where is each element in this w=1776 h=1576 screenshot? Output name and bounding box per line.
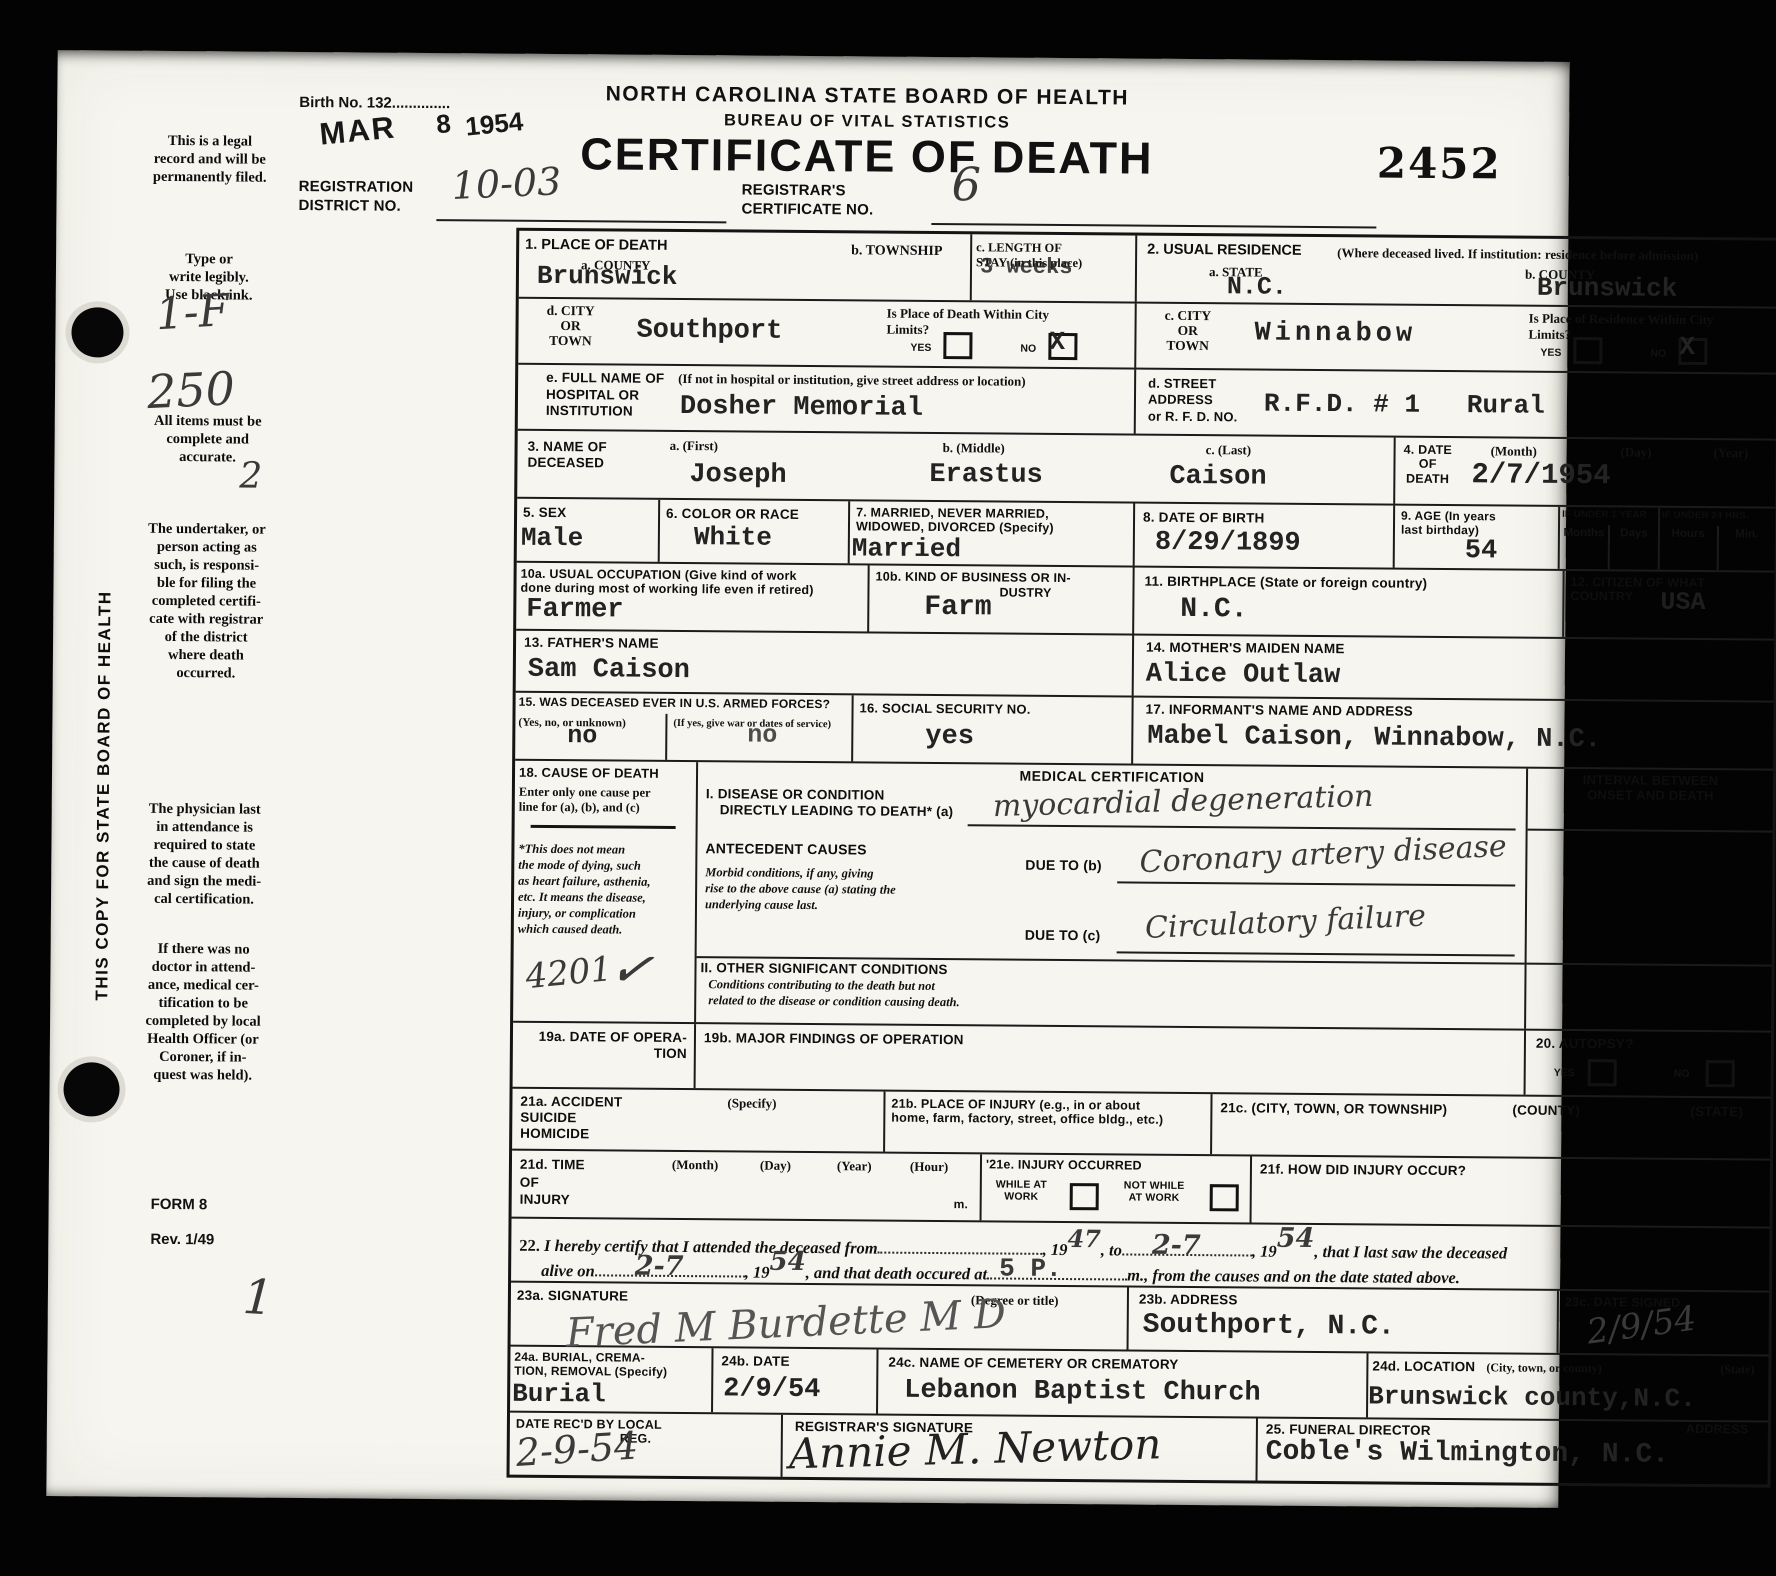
field-22-certification: 22. I hereby certify that I attended the…	[511, 1219, 1769, 1291]
injury-state-label: (STATE)	[1690, 1104, 1743, 1120]
street-address-value: R.F.D. # 1 Rural	[1264, 389, 1545, 421]
hospital-label-1: e. FULL NAME OF	[546, 370, 664, 386]
date-of-operation-label: 19a. DATE OF OPERA- TION	[517, 1029, 687, 1061]
dod-day-label: (Day)	[1621, 444, 1652, 460]
how-injury-label: 21f. HOW DID INJURY OCCUR?	[1260, 1162, 1466, 1179]
color-race-label: 6. COLOR OR RACE	[666, 506, 799, 523]
citizen-value: USA	[1660, 588, 1705, 617]
certify-number: 22.	[519, 1236, 540, 1255]
row-name-dateofdeath: 3. NAME OF DECEASED a. (First) Joseph b.…	[517, 431, 1775, 509]
cause-code-value: 4201	[524, 949, 614, 997]
informant-label: 17. INFORMANT'S NAME AND ADDRESS	[1145, 702, 1413, 720]
autopsy-yes-checkbox	[1588, 1059, 1617, 1086]
hospital-label-3: INSTITUTION	[546, 403, 633, 419]
row-23-signature: 23a. SIGNATURE (Degree or title) Fred M …	[511, 1283, 1769, 1357]
other-conditions-note: Conditions contributing to the death but…	[708, 976, 960, 1010]
cause-c-value: Circulatory failure	[1144, 899, 1426, 946]
field-6-color-race: 6. COLOR OR RACE White	[660, 500, 850, 563]
armed-forces-value-2: no	[747, 721, 777, 750]
margin-annotation-2: 2	[239, 456, 262, 497]
physician-address-value: Southport, N.C.	[1143, 1310, 1395, 1343]
death-limits-no-x: X	[1049, 327, 1065, 357]
ssn-value: yes	[925, 722, 974, 752]
margin-annotation-1: 1	[241, 1269, 275, 1327]
field-date-received: DATE REC'D BY LOCAL REG. 2-9-54	[510, 1413, 783, 1477]
age-label: 9. AGE (In years last birthday)	[1401, 510, 1496, 538]
form-revision: Rev. 1/49	[150, 1231, 214, 1249]
sex-value: Male	[521, 523, 584, 553]
field-24a-burial: 24a. BURIAL, CREMA- TION, REMOVAL (Speci…	[510, 1347, 713, 1413]
field-1e-hospital: e. FULL NAME OF (If not in hospital or i…	[518, 365, 1136, 434]
accident-specify-label: (Specify)	[727, 1095, 776, 1111]
min-label: Min.	[1718, 526, 1775, 570]
field-1d-city-or-town: d. CITY OR TOWN Southport Is Place of De…	[518, 299, 1136, 368]
margin-note-doctor: If there was no doctor in attend- ance, …	[128, 941, 279, 1086]
state-value: N.C.	[1227, 272, 1287, 301]
dod-month-label: (Month)	[1491, 443, 1537, 459]
field-24d-location: 24d. LOCATION (City, town, or county) (S…	[1368, 1353, 1768, 1420]
injury-city-label: 21c. (CITY, TOWN, OR TOWNSHIP)	[1220, 1100, 1447, 1117]
birthplace-value: N.C.	[1180, 594, 1247, 626]
field-16-ssn: 16. SOCIAL SECURITY NO. yes	[853, 695, 1134, 763]
cause-star-note: *This does not mean the mode of dying, s…	[518, 841, 651, 938]
field-21e-injury-occurred: '21e. INJURY OCCURRED WHILE AT WORK NOT …	[982, 1154, 1253, 1222]
field-19a-date-of-operation: 19a. DATE OF OPERA- TION	[513, 1023, 696, 1088]
row-22-certify: 22. I hereby certify that I attended the…	[511, 1219, 1769, 1293]
row-father-mother: 13. FATHER'S NAME Sam Caison 14. MOTHER'…	[516, 631, 1774, 703]
certify-to-year-value: 54	[1277, 1223, 1315, 1254]
age-value: 54	[1465, 536, 1498, 566]
cause-b-line	[1117, 881, 1515, 886]
row-sex-race-married-dob-age: 5. SEX Male 6. COLOR OR RACE White 7. MA…	[517, 499, 1775, 573]
last-name-label: c. (Last)	[1206, 442, 1252, 458]
due-to-c-label: DUE TO (c)	[1025, 927, 1101, 944]
residence-limits-no-x: X	[1679, 332, 1695, 362]
usual-residence-label: 2. USUAL RESIDENCE	[1147, 242, 1302, 259]
field-24c-cemetery: 24c. NAME OF CEMETERY OR CREMATORY Leban…	[878, 1350, 1368, 1418]
business-label-1: 10b. KIND OF BUSINESS OR IN-	[876, 570, 1071, 586]
field-10a-occupation: 10a. USUAL OCCUPATION (Give kind of work…	[516, 563, 870, 632]
usual-residence-paren: (Where deceased lived. If institution: r…	[1337, 245, 1698, 264]
autopsy-label: 20. AUTOPSY?	[1536, 1036, 1634, 1052]
field-2d-street-address: d. STREET ADDRESS or R. F. D. NO. R.F.D.…	[1136, 370, 1776, 439]
burial-value: Burial	[512, 1379, 606, 1410]
punch-hole-top	[71, 307, 123, 357]
margin-note-legal: This is a legal record and will be perma…	[135, 133, 285, 188]
row-medical-certification: 18. CAUSE OF DEATH Enter only one cause …	[513, 761, 1773, 1033]
hospital-label-2: HOSPITAL OR	[546, 387, 639, 403]
first-name-value: Joseph	[689, 460, 786, 491]
injury-month-label: (Month)	[672, 1157, 718, 1173]
while-at-work-checkbox	[1070, 1183, 1099, 1210]
certify-to-value: 2-7	[1152, 1230, 1201, 1261]
place-of-death-label: 1. PLACE OF DEATH	[525, 237, 667, 254]
field-10b-business: 10b. KIND OF BUSINESS OR IN- DUSTRY Farm	[869, 565, 1135, 633]
row-21-def: 21d. TIME OF INJURY (Month) (Day) (Year)…	[512, 1151, 1770, 1229]
autopsy-no-label: NO	[1674, 1068, 1690, 1080]
field-17-informant: 17. INFORMANT'S NAME AND ADDRESS Mabel C…	[1133, 698, 1773, 769]
field-2-usual-residence: 2. USUAL RESIDENCE (Where deceased lived…	[1137, 236, 1776, 307]
death-limits-yes-checkbox	[943, 332, 972, 359]
field-2c-city-or-town: c. CITY OR TOWN Winnabow Is Place of Res…	[1136, 304, 1776, 373]
injury-day-label: (Day)	[760, 1158, 791, 1174]
field-9-age: 9. AGE (In years last birthday) 54	[1395, 506, 1560, 569]
name-label: 3. NAME OF DECEASED	[527, 439, 607, 471]
row-operation-autopsy: 19a. DATE OF OPERA- TION 19b. MAJOR FIND…	[513, 1023, 1771, 1099]
field-13-father: 13. FATHER'S NAME Sam Caison	[516, 631, 1134, 696]
location-state-label: (State)	[1720, 1362, 1754, 1377]
margin-vertical-text: THIS COPY FOR STATE BOARD OF HEALTH	[92, 515, 116, 1075]
hospital-paren: (If not in hospital or institution, give…	[678, 371, 1026, 390]
burial-date-label: 24b. DATE	[721, 1353, 789, 1369]
field-8-date-of-birth: 8. DATE OF BIRTH 8/29/1899	[1135, 504, 1395, 568]
dob-label: 8. DATE OF BIRTH	[1143, 510, 1265, 526]
certify-text-6: alive on	[541, 1261, 595, 1280]
row-city-town: d. CITY OR TOWN Southport Is Place of De…	[518, 299, 1776, 375]
registrar-certificate-line	[931, 223, 1376, 228]
date-of-death-value: 2/7/1954	[1471, 458, 1610, 492]
cemetery-value: Lebanon Baptist Church	[904, 1376, 1261, 1409]
marital-label: 7. MARRIED, NEVER MARRIED, WIDOWED, DIVO…	[856, 505, 1054, 535]
marital-value: Married	[852, 533, 961, 564]
cause-code-checkmark-icon: ✓	[605, 937, 657, 1003]
certificate-table: 1. PLACE OF DEATH a. COUNTY Brunswick b.…	[507, 228, 1776, 1488]
cause-b-value: Coronary artery disease	[1139, 829, 1507, 880]
death-limits-yes-label: YES	[910, 342, 931, 354]
margin-note-undertaker: The undertaker, or person acting as such…	[131, 521, 282, 684]
certify-text-8: , and that death occured at	[806, 1263, 988, 1283]
field-24b-burial-date: 24b. DATE 2/9/54	[713, 1348, 878, 1413]
field-25-funeral-director: 25. FUNERAL DIRECTOR ADDRESS Coble's Wil…	[1258, 1419, 1768, 1485]
field-21f-how-injury: 21f. HOW DID INJURY OCCUR?	[1252, 1156, 1771, 1226]
first-name-label: a. (First)	[670, 438, 718, 454]
field-21a-accident: 21a. ACCIDENT SUICIDE HOMICIDE (Specify)	[512, 1089, 885, 1152]
field-15-armed-forces: 15. WAS DECEASED EVER IN U.S. ARMED FORC…	[515, 693, 854, 762]
autopsy-no-checkbox	[1706, 1060, 1735, 1087]
residence-limits-no-label: NO	[1650, 348, 1666, 360]
not-while-at-work-checkbox	[1210, 1184, 1239, 1211]
street-address-label: d. STREET ADDRESS or R. F. D. NO.	[1148, 376, 1238, 425]
ssn-label: 16. SOCIAL SECURITY NO.	[859, 701, 1030, 717]
occupation-value: Farmer	[526, 595, 623, 626]
birthplace-label: 11. BIRTHPLACE (State or foreign country…	[1145, 574, 1428, 592]
row-24-burial: 24a. BURIAL, CREMA- TION, REMOVAL (Speci…	[510, 1347, 1768, 1423]
row-25-registrar: DATE REC'D BY LOCAL REG. 2-9-54 REGISTRA…	[510, 1413, 1768, 1485]
certify-blank-time: 5 P.	[987, 1277, 1127, 1280]
field-9-under-1-year: IF UNDER 1 YEAR Months Days	[1560, 507, 1660, 570]
accident-label: 21a. ACCIDENT SUICIDE HOMICIDE	[520, 1094, 622, 1143]
cause-of-death-label: 18. CAUSE OF DEATH	[519, 766, 659, 782]
field-3-name-of-deceased: 3. NAME OF DECEASED a. (First) Joseph b.…	[517, 431, 1395, 504]
months-label: Months	[1560, 525, 1608, 569]
injury-county-label: (COUNTY)	[1512, 1103, 1580, 1119]
medical-certification-title: MEDICAL CERTIFICATION	[698, 765, 1526, 788]
registrar-certificate-label: REGISTRAR'S CERTIFICATE NO.	[741, 181, 873, 220]
cause-note: Enter only one cause per line for (a), (…	[519, 785, 651, 816]
antecedent-label: ANTECEDENT CAUSES	[705, 840, 866, 857]
field-7-marital-status: 7. MARRIED, NEVER MARRIED, WIDOWED, DIVO…	[850, 501, 1135, 565]
armed-forces-label: 15. WAS DECEASED EVER IN U.S. ARMED FORC…	[519, 696, 831, 712]
field-23a-signature: 23a. SIGNATURE (Degree or title) Fred M …	[511, 1283, 1129, 1350]
middle-name-label: b. (Middle)	[943, 440, 1005, 456]
field-18-cause-of-death: 18. CAUSE OF DEATH Enter only one cause …	[513, 761, 698, 1022]
autopsy-yes-label: YES	[1554, 1067, 1575, 1079]
middle-name-value: Erastus	[929, 460, 1043, 491]
field-21d-time-of-injury: 21d. TIME OF INJURY (Month) (Day) (Year)…	[512, 1151, 983, 1221]
field-20-autopsy: 20. AUTOPSY? YES NO	[1526, 1031, 1771, 1097]
morbid-note: Morbid conditions, if any, giving rise t…	[705, 864, 896, 913]
death-limits-no-label: NO	[1020, 343, 1036, 355]
row-forces-ssn-informant: 15. WAS DECEASED EVER IN U.S. ARMED FORC…	[515, 693, 1773, 771]
registrar-signature-value: Annie M. Newton	[788, 1419, 1162, 1478]
certify-from-year-value: 47	[1067, 1224, 1101, 1253]
certify-text-9: m., from the causes and on the date stat…	[1127, 1266, 1460, 1288]
funeral-director-address-label: ADDRESS	[1686, 1422, 1749, 1437]
residence-city-value: Winnabow	[1254, 318, 1416, 349]
certificate-paper: THIS COPY FOR STATE BOARD OF HEALTH This…	[46, 50, 1569, 1508]
row-place-residence-top: 1. PLACE OF DEATH a. COUNTY Brunswick b.…	[519, 231, 1776, 309]
row-hospital-street: e. FULL NAME OF (If not in hospital or i…	[518, 365, 1776, 441]
field-21b-place-of-injury: 21b. PLACE OF INJURY (e.g., in or about …	[885, 1092, 1212, 1155]
dob-value: 8/29/1899	[1155, 528, 1301, 559]
armed-forces-value-1: no	[567, 721, 597, 750]
father-label: 13. FATHER'S NAME	[524, 635, 659, 652]
medical-certification-cell: MEDICAL CERTIFICATION I. DISEASE OR COND…	[696, 762, 1528, 1029]
major-findings-label: 19b. MAJOR FINDINGS OF OPERATION	[704, 1030, 964, 1048]
physician-address-label: 23b. ADDRESS	[1139, 1292, 1238, 1308]
certify-alive-value: 2-7	[635, 1251, 684, 1282]
field-11-birthplace: 11. BIRTHPLACE (State or foreign country…	[1134, 568, 1565, 637]
field-registrar-signature: REGISTRAR'S SIGNATURE Annie M. Newton	[783, 1415, 1258, 1481]
injury-occurred-label: '21e. INJURY OCCURRED	[986, 1157, 1142, 1173]
color-race-value: White	[694, 522, 772, 553]
interval-line-2	[1527, 963, 1772, 967]
margin-annotation-250: 250	[146, 361, 236, 419]
certify-blank-to: 2-7	[1122, 1253, 1252, 1256]
cemetery-label: 24c. NAME OF CEMETERY OR CREMATORY	[888, 1355, 1178, 1373]
under-24-hrs-label: IF UNDER 24 HRS.	[1662, 511, 1749, 523]
field-4-date-of-death: 4. DATE OF DEATH (Month) (Day) (Year) 2/…	[1395, 438, 1776, 507]
father-value: Sam Caison	[528, 655, 690, 686]
field-23c-date-signed: 23c. DATE SIGNED 2/9/54	[1559, 1291, 1769, 1355]
residence-limits-yes-checkbox	[1573, 337, 1602, 364]
location-value: Brunswick county,N.C.	[1368, 1381, 1696, 1414]
certificate-number: 2452	[1377, 138, 1502, 188]
location-label: 24d. LOCATION	[1372, 1358, 1475, 1374]
while-at-work-label: WHILE AT WORK	[996, 1178, 1047, 1203]
other-conditions-label: II. OTHER SIGNIFICANT CONDITIONS	[700, 960, 947, 977]
residence-city-label: c. CITY OR TOWN	[1164, 309, 1211, 354]
mother-value: Alice Outlaw	[1146, 660, 1341, 692]
margin-note-physician: The physician last in attendance is requ…	[129, 801, 280, 910]
cause-a-value: myocardial degeneration	[992, 779, 1373, 824]
interval-label: INTERVAL BETWEEN ONSET AND DEATH	[1528, 773, 1773, 805]
residence-county-value: Brunswick	[1537, 273, 1678, 304]
not-while-at-work-label: NOT WHILE AT WORK	[1124, 1179, 1185, 1204]
informant-value: Mabel Caison, Winnabow, N.C.	[1147, 722, 1601, 756]
interval-column: INTERVAL BETWEEN ONSET AND DEATH	[1526, 769, 1773, 1031]
field-14-mother: 14. MOTHER'S MAIDEN NAME Alice Outlaw	[1134, 636, 1774, 701]
burial-date-value: 2/9/54	[723, 1374, 820, 1405]
cause-a-line	[968, 824, 1516, 830]
field-5-sex: 5. SEX Male	[517, 499, 660, 562]
field-19b-major-findings: 19b. MAJOR FINDINGS OF OPERATION	[696, 1024, 1526, 1095]
date-of-death-label: 4. DATE OF DEATH	[1403, 443, 1452, 487]
field-1-place-of-death: 1. PLACE OF DEATH a. COUNTY Brunswick b.…	[519, 231, 973, 301]
time-of-injury-label: 21d. TIME OF INJURY	[520, 1156, 585, 1209]
certify-time-value: 5 P.	[999, 1254, 1062, 1284]
field-9-under-24-hrs: IF UNDER 24 HRS. Hours Min.	[1660, 508, 1775, 571]
date-received-value: 2-9-54	[514, 1423, 639, 1474]
sex-label: 5. SEX	[523, 505, 566, 521]
injury-hour-label: (Hour)	[910, 1159, 948, 1175]
certify-blank-alive: 2-7	[595, 1274, 745, 1277]
business-label-2: DUSTRY	[999, 585, 1051, 600]
row-21-abc: 21a. ACCIDENT SUICIDE HOMICIDE (Specify)…	[512, 1089, 1770, 1161]
certificate-form: Birth No. 132.............. MAR 8 1954 N…	[276, 52, 1549, 1508]
funeral-director-value: Coble's Wilmington, N.C.	[1266, 1437, 1669, 1471]
certify-text-7: , 19	[745, 1263, 770, 1282]
registrar-certificate-value: 6	[951, 157, 981, 211]
registration-district-label: REGISTRATION DISTRICT NO.	[298, 178, 413, 216]
last-name-value: Caison	[1169, 462, 1266, 493]
occupation-label: 10a. USUAL OCCUPATION (Give kind of work…	[520, 567, 813, 598]
signature-label: 23a. SIGNATURE	[517, 1288, 628, 1304]
form-number: FORM 8	[151, 1196, 208, 1213]
field-1c-length-of-stay: c. LENGTH OF STAY (in this place) 3 week…	[972, 234, 1138, 301]
cause-note-divider	[531, 825, 676, 829]
row-occupation-birthplace: 10a. USUAL OCCUPATION (Give kind of work…	[516, 563, 1774, 641]
margin-annotation-1f: 1-F	[154, 285, 230, 340]
injury-year-label: (Year)	[837, 1158, 872, 1174]
county-value: Brunswick	[537, 261, 678, 292]
city-label: d. CITY OR TOWN	[546, 304, 594, 349]
physician-signature: Fred M Burdette M D	[565, 1291, 1007, 1357]
injury-m-label: m.	[954, 1198, 969, 1212]
scanned-death-certificate: THIS COPY FOR STATE BOARD OF HEALTH This…	[0, 0, 1776, 1576]
field-12-citizen: 12. CITIZEN OF WHAT COUNTRY USA	[1564, 571, 1775, 639]
certify-alive-year-value: 54	[769, 1247, 805, 1277]
cause-c-line	[1117, 951, 1515, 956]
business-value: Farm	[924, 592, 991, 624]
hours-label: Hours	[1660, 526, 1717, 570]
dod-year-label: (Year)	[1714, 445, 1749, 461]
days-label: Days	[1610, 525, 1658, 569]
hospital-value: Dosher Memorial	[680, 392, 923, 424]
mother-label: 14. MOTHER'S MAIDEN NAME	[1146, 640, 1345, 657]
field-21c-city-county-state: 21c. (CITY, TOWN, OR TOWNSHIP) (COUNTY) …	[1212, 1094, 1770, 1158]
residence-limits-yes-label: YES	[1540, 347, 1561, 359]
registration-district-line	[436, 219, 726, 223]
due-to-b-label: DUE TO (b)	[1025, 857, 1102, 874]
registration-district-value: 10-03	[451, 159, 562, 208]
city-value: Southport	[636, 316, 782, 347]
armed-forces-divider	[665, 714, 667, 760]
township-label: b. TOWNSHIP	[851, 243, 942, 260]
place-of-injury-label: 21b. PLACE OF INJURY (e.g., in or about …	[891, 1097, 1163, 1128]
under-1-year-label: IF UNDER 1 YEAR	[1562, 510, 1647, 522]
disease-condition-label-1: I. DISEASE OR CONDITION	[706, 786, 885, 803]
disease-condition-label-2: DIRECTLY LEADING TO DEATH* (a)	[720, 802, 954, 819]
interval-line-1	[1528, 829, 1773, 833]
location-paren: (City, town, or county)	[1486, 1360, 1602, 1376]
field-23b-address: 23b. ADDRESS Southport, N.C.	[1129, 1288, 1559, 1353]
length-of-stay-value: 3 weeks	[980, 254, 1073, 280]
